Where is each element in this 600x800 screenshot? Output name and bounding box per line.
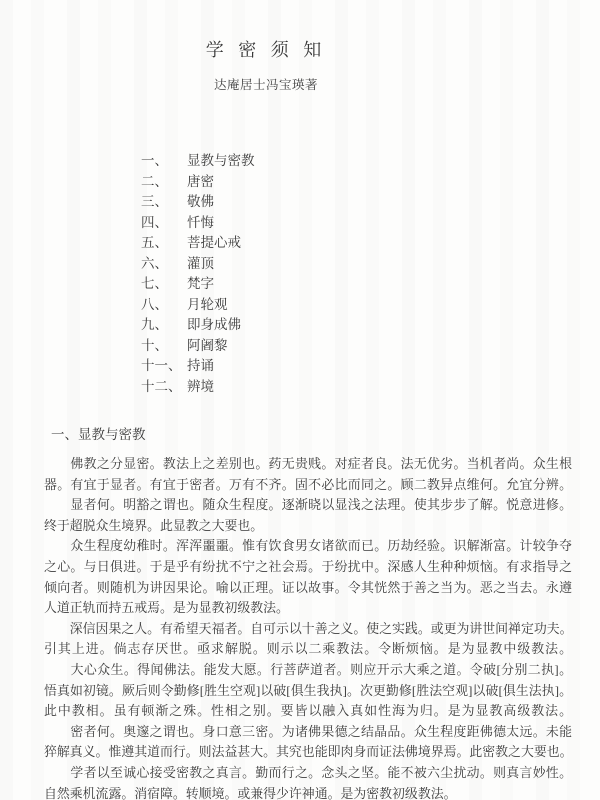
toc-item-number: 六、 <box>141 254 187 275</box>
body-line: 之心。与日俱进。于是乎有纷扰不宁之社会焉。于纷扰中。深感人生种种烦恼。有求指导之 <box>44 557 572 578</box>
body-line: 学者以至诚心接受密教之真言。勤而行之。念头之坚。能不被六尘扰动。则真言妙性。 <box>44 763 572 784</box>
body-line: 悟真如初镜。厥后则令勤修[胜生空观]以破[俱生我执]。次更勤修[胜法空观]以破[… <box>44 681 572 702</box>
body-line: 引其上进。倘志存厌世。亟求解脱。则示以二乘教法。令断烦恼。是为显教中级教法。 <box>44 639 572 660</box>
body-line: 显者何。明豁之谓也。随众生程度。逐渐晓以显浅之法理。使其步步了解。悦意进修。 <box>44 495 572 516</box>
toc-item-number: 十二、 <box>141 377 187 398</box>
toc-item: 八、月轮观 <box>141 295 255 316</box>
toc-item-number: 一、 <box>141 151 187 172</box>
toc-item-label: 菩提心戒 <box>187 233 241 254</box>
toc-item: 四、忏悔 <box>141 213 255 234</box>
toc-item-label: 灌顶 <box>187 254 214 275</box>
document-title: 学 密 须 知 <box>36 36 496 62</box>
toc-item-number: 五、 <box>141 233 187 254</box>
toc-item-label: 持诵 <box>187 356 214 377</box>
body-line: 深信因果之人。有希望天福者。自可示以十善之义。使之实践。或更为讲世间禅定功夫。 <box>44 619 572 640</box>
section-heading: 一、显教与密教 <box>51 423 146 443</box>
toc-item-number: 二、 <box>141 172 187 193</box>
document-page: 学 密 须 知 达庵居士冯宝瑛著 一、显教与密教 二、唐密 三、敬佛 四、忏悔 … <box>0 0 600 800</box>
toc-item: 十二、辨境 <box>141 377 255 398</box>
toc-item-label: 月轮观 <box>187 295 228 316</box>
toc-item-label: 敬佛 <box>187 192 214 213</box>
table-of-contents: 一、显教与密教 二、唐密 三、敬佛 四、忏悔 五、菩提心戒 六、灌顶 七、梵字 … <box>141 151 255 397</box>
body-line: 倾向者。则随机为讲因果论。喻以正理。证以故事。令其恍然于善之当为。恶之当去。永遵 <box>44 578 572 599</box>
toc-item-label: 阿阇黎 <box>187 336 228 357</box>
body-line: 终于超脱众生境界。此显教之大要也。 <box>44 516 572 537</box>
body-line: 猝解真义。惟遵其道而行。则法益甚大。其究也能即肉身而证法佛境界焉。此密教之大要也… <box>44 742 572 763</box>
toc-item-number: 七、 <box>141 274 187 295</box>
body-line: 大心众生。得闻佛法。能发大愿。行菩萨道者。则应开示大乘之道。令破[分别二执]。 <box>44 660 572 681</box>
toc-item-label: 即身成佛 <box>187 315 241 336</box>
body-line: 自然乘机流露。消宿障。转顺境。或兼得少许神通。是为密教初级教法。 <box>44 784 572 800</box>
body-text: 佛教之分显密。教法上之差别也。药无贵贱。对症者良。法无优劣。当机者尚。众生根 器… <box>44 454 572 800</box>
toc-item-label: 唐密 <box>187 172 214 193</box>
body-line: 佛教之分显密。教法上之差别也。药无贵贱。对症者良。法无优劣。当机者尚。众生根 <box>44 454 572 475</box>
toc-item-label: 梵字 <box>187 274 214 295</box>
toc-item-number: 十一、 <box>141 356 187 377</box>
toc-item: 三、敬佛 <box>141 192 255 213</box>
toc-item: 九、即身成佛 <box>141 315 255 336</box>
toc-item: 五、菩提心戒 <box>141 233 255 254</box>
toc-item: 六、灌顶 <box>141 254 255 275</box>
body-line: 人道正轨而持五戒焉。是为显教初级教法。 <box>44 598 572 619</box>
toc-item-number: 四、 <box>141 213 187 234</box>
toc-item: 十、阿阇黎 <box>141 336 255 357</box>
toc-item: 十一、持诵 <box>141 356 255 377</box>
toc-item-label: 显教与密教 <box>187 151 255 172</box>
document-author: 达庵居士冯宝瑛著 <box>36 75 496 93</box>
toc-item-number: 八、 <box>141 295 187 316</box>
toc-item-number: 十、 <box>141 336 187 357</box>
toc-item-label: 辨境 <box>187 377 214 398</box>
body-line: 此中教相。虽有顿渐之殊。性相之别。要皆以融入真如性海为归。是为显教高级教法。 <box>44 701 572 722</box>
toc-item: 二、唐密 <box>141 172 255 193</box>
toc-item: 一、显教与密教 <box>141 151 255 172</box>
toc-item: 七、梵字 <box>141 274 255 295</box>
body-line: 众生程度幼稚时。浑浑噩噩。惟有饮食男女诸欲而已。历劫经验。识解渐富。计较争夺 <box>44 536 572 557</box>
toc-item-number: 九、 <box>141 315 187 336</box>
toc-item-number: 三、 <box>141 192 187 213</box>
toc-item-label: 忏悔 <box>187 213 214 234</box>
body-line: 器。有宜于显者。有宜于密者。万有不齐。固不必比而同之。顾二教异点维何。允宜分辨。 <box>44 475 572 496</box>
body-line: 密者何。奥邃之谓也。身口意三密。为诸佛果德之结晶品。众生程度距佛德太远。未能 <box>44 722 572 743</box>
